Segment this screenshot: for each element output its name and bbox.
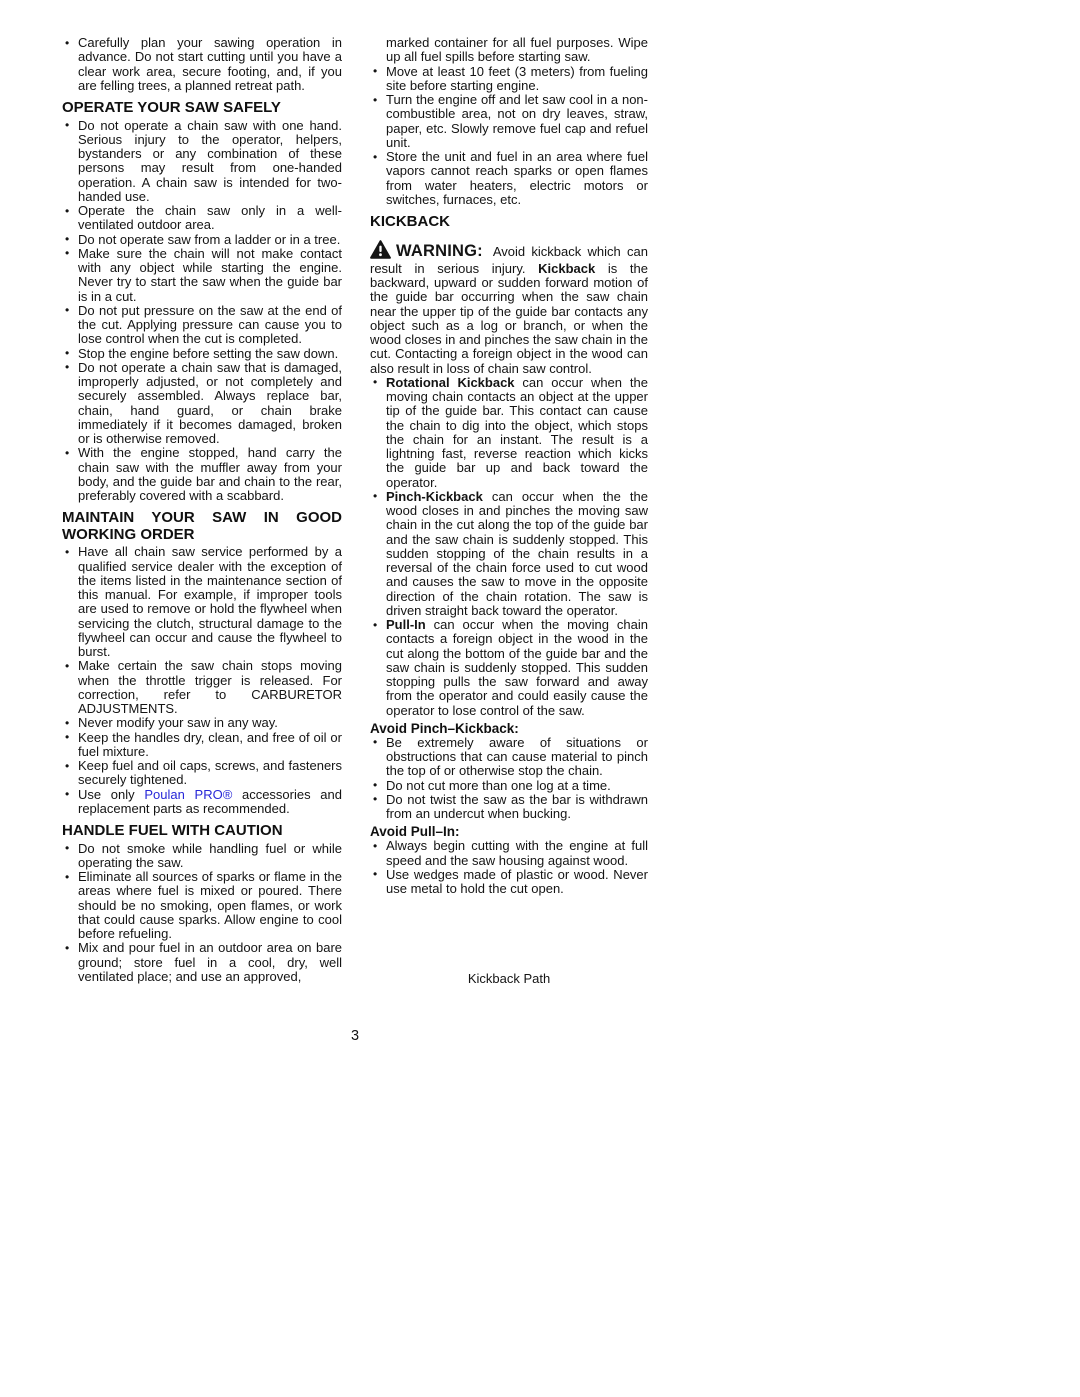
bullet-text: With the engine stopped, hand carry the …	[78, 445, 342, 503]
bullet-text: Use only Poulan PRO® accessories and rep…	[78, 787, 342, 816]
bullet-marker: •	[65, 759, 69, 773]
left-column: •Carefully plan your sawing operation in…	[62, 36, 342, 987]
bullet-text: Do not operate saw from a ladder or in a…	[78, 232, 340, 247]
bullet-text: Make certain the saw chain stops moving …	[78, 658, 342, 716]
text-segment: Have all chain saw service performed by …	[78, 544, 342, 659]
section-heading: KICKBACK	[370, 214, 648, 231]
text-segment: Carefully plan your sawing operation in …	[78, 35, 342, 93]
page-number: 3	[62, 1028, 648, 1044]
bullet-text: Pinch-Kickback can occur when the the wo…	[386, 489, 648, 618]
sub-heading: Avoid Pinch–Kickback:	[370, 721, 648, 736]
bullet-marker: •	[65, 246, 69, 260]
text-segment: Operate the chain saw only in a well-ven…	[78, 203, 342, 232]
bullet-marker: •	[65, 346, 69, 360]
bullet-item: •Carefully plan your sawing operation in…	[62, 36, 342, 93]
bullet-marker: •	[373, 489, 377, 503]
bullet-item: •Rotational Kickback can occur when the …	[370, 376, 648, 490]
text-segment: Stop the engine before setting the saw d…	[78, 346, 338, 361]
bullet-text: Do not twist the saw as the bar is withd…	[386, 792, 648, 821]
bullet-marker: •	[373, 867, 377, 881]
text-segment: Always begin cutting with the engine at …	[386, 838, 648, 867]
bullet-text: Move at least 10 feet (3 meters) from fu…	[386, 64, 648, 93]
bullet-item: •Do not operate saw from a ladder or in …	[62, 233, 342, 247]
bullet-item: •Do not cut more than one log at a time.	[370, 779, 648, 793]
brand-text-poulan-pro: Poulan PRO®	[144, 787, 232, 802]
bullet-item: •Pull-In can occur when the moving chain…	[370, 618, 648, 718]
warning-triangle-icon	[370, 240, 391, 262]
bullet-text: Operate the chain saw only in a well-ven…	[78, 203, 342, 232]
text-segment: Keep fuel and oil caps, screws, and fast…	[78, 758, 342, 787]
bullet-item: •Mix and pour fuel in an outdoor area on…	[62, 941, 342, 984]
text-segment: can occur when the moving chain contacts…	[386, 617, 648, 718]
bullet-item: •Keep the handles dry, clean, and free o…	[62, 731, 342, 760]
text-segment: Use wedges made of plastic or wood. Neve…	[386, 867, 648, 896]
bullet-text: Do not smoke while handling fuel or whil…	[78, 841, 342, 870]
text-segment: Never modify your saw in any way.	[78, 715, 278, 730]
text-segment: is the backward, upward or sudden forwar…	[370, 261, 648, 376]
bullet-text: Never modify your saw in any way.	[78, 715, 278, 730]
bullet-marker: •	[65, 787, 69, 801]
section-heading: HANDLE FUEL WITH CAUTION	[62, 823, 342, 840]
sub-heading: Avoid Pull–In:	[370, 824, 648, 839]
text-segment: Do not put pressure on the saw at the en…	[78, 303, 342, 347]
bullet-item: •Operate the chain saw only in a well-ve…	[62, 204, 342, 233]
bullet-item: •Make sure the chain will not make conta…	[62, 247, 342, 304]
bullet-item: •Do not smoke while handling fuel or whi…	[62, 842, 342, 871]
text-segment: Mix and pour fuel in an outdoor area on …	[78, 940, 342, 984]
bullet-marker: •	[373, 93, 377, 107]
bullet-marker: •	[65, 941, 69, 955]
bullet-text: Eliminate all sources of sparks or flame…	[78, 869, 342, 941]
bullet-marker: •	[65, 716, 69, 730]
bullet-text: Have all chain saw service performed by …	[78, 544, 342, 659]
bullet-marker: •	[65, 841, 69, 855]
text-segment: Keep the handles dry, clean, and free of…	[78, 730, 342, 759]
bullet-marker: •	[65, 118, 69, 132]
bullet-item: •Use only Poulan PRO® accessories and re…	[62, 788, 342, 817]
bullet-marker: •	[65, 659, 69, 673]
figure-caption: Kickback Path	[370, 972, 648, 986]
bullet-marker: •	[373, 150, 377, 164]
bullet-text: Keep fuel and oil caps, screws, and fast…	[78, 758, 342, 787]
bullet-marker: •	[373, 778, 377, 792]
bullet-text: Do not operate a chain saw that is damag…	[78, 360, 342, 446]
text-segment: Make sure the chain will not make contac…	[78, 246, 342, 304]
warning-label: WARNING:	[396, 242, 483, 260]
bullet-text: Keep the handles dry, clean, and free of…	[78, 730, 342, 759]
bullet-marker: •	[373, 735, 377, 749]
bullet-item: •Keep fuel and oil caps, screws, and fas…	[62, 759, 342, 788]
bullet-text: Do not operate a chain saw with one hand…	[78, 118, 342, 204]
bullet-item: •Do not put pressure on the saw at the e…	[62, 304, 342, 347]
bullet-item: •Do not twist the saw as the bar is with…	[370, 793, 648, 822]
bullet-item: •Stop the engine before setting the saw …	[62, 347, 342, 361]
text-segment: marked container for all fuel purposes. …	[386, 35, 648, 64]
bullet-item: •Turn the engine off and let saw cool in…	[370, 93, 648, 150]
bullet-item: •Store the unit and fuel in an area wher…	[370, 150, 648, 207]
bullet-item: •Move at least 10 feet (3 meters) from f…	[370, 65, 648, 94]
bullet-item: •Do not operate a chain saw with one han…	[62, 119, 342, 205]
text-segment: Kickback	[538, 261, 595, 276]
text-segment: Make certain the saw chain stops moving …	[78, 658, 342, 716]
text-segment: Be extremely aware of situations or obst…	[386, 735, 648, 779]
text-segment: Move at least 10 feet (3 meters) from fu…	[386, 64, 648, 93]
text-segment: can occur when the the wood closes in an…	[386, 489, 648, 618]
page-columns: •Carefully plan your sawing operation in…	[62, 36, 648, 987]
bullet-item: •Pinch-Kickback can occur when the the w…	[370, 490, 648, 618]
bullet-marker: •	[65, 232, 69, 246]
bullet-marker: •	[373, 375, 377, 389]
right-column: marked container for all fuel purposes. …	[370, 36, 648, 987]
bullet-item: •Do not operate a chain saw that is dama…	[62, 361, 342, 447]
text-segment: Use only	[78, 787, 144, 802]
bullet-text: marked container for all fuel purposes. …	[386, 35, 648, 64]
bullet-marker: •	[65, 730, 69, 744]
bullet-text: Carefully plan your sawing operation in …	[78, 35, 342, 93]
text-segment: can occur when the moving chain contacts…	[386, 375, 648, 490]
text-segment: Do not cut more than one log at a time.	[386, 778, 611, 793]
bullet-text: Stop the engine before setting the saw d…	[78, 346, 338, 361]
text-segment: Pull-In	[386, 617, 426, 632]
bullet-text: Always begin cutting with the engine at …	[386, 838, 648, 867]
bullet-marker: •	[65, 303, 69, 317]
text-segment: Do not operate a chain saw that is damag…	[78, 360, 342, 446]
bullet-marker: •	[373, 64, 377, 78]
bullet-text: Do not cut more than one log at a time.	[386, 778, 611, 793]
section-heading: OPERATE YOUR SAW SAFELY	[62, 100, 342, 117]
bullet-marker: •	[373, 792, 377, 806]
text-segment: Turn the engine off and let saw cool in …	[386, 92, 648, 150]
bullet-marker: •	[373, 839, 377, 853]
text-segment: Eliminate all sources of sparks or flame…	[78, 869, 342, 941]
bullet-text: Make sure the chain will not make contac…	[78, 246, 342, 304]
text-segment: Store the unit and fuel in an area where…	[386, 149, 648, 207]
bullet-text: Pull-In can occur when the moving chain …	[386, 617, 648, 718]
text-segment: With the engine stopped, hand carry the …	[78, 445, 342, 503]
warning-block: WARNING:Avoid kickback which can result …	[370, 240, 648, 376]
bullet-text: Mix and pour fuel in an outdoor area on …	[78, 940, 342, 984]
bullet-item: •Never modify your saw in any way.	[62, 716, 342, 730]
bullet-marker: •	[65, 870, 69, 884]
text-segment: Rotational Kickback	[386, 375, 515, 390]
bullet-item: •Make certain the saw chain stops moving…	[62, 659, 342, 716]
bullet-marker: •	[65, 204, 69, 218]
bullet-item: •Have all chain saw service performed by…	[62, 545, 342, 659]
bullet-text: Do not put pressure on the saw at the en…	[78, 303, 342, 347]
bullet-item: •Eliminate all sources of sparks or flam…	[62, 870, 342, 941]
text-segment: Pinch-Kickback	[386, 489, 483, 504]
bullet-item: •Be extremely aware of situations or obs…	[370, 736, 648, 779]
bullet-item: •Use wedges made of plastic or wood. Nev…	[370, 868, 648, 897]
bullet-text: Be extremely aware of situations or obst…	[386, 735, 648, 779]
continued-paragraph: marked container for all fuel purposes. …	[370, 36, 648, 65]
text-segment: Do not operate saw from a ladder or in a…	[78, 232, 340, 247]
bullet-text: Turn the engine off and let saw cool in …	[386, 92, 648, 150]
bullet-text: Use wedges made of plastic or wood. Neve…	[386, 867, 648, 896]
text-segment: Do not operate a chain saw with one hand…	[78, 118, 342, 204]
text-segment: Do not smoke while handling fuel or whil…	[78, 841, 342, 870]
bullet-marker: •	[373, 618, 377, 632]
section-heading: MAINTAIN YOUR SAW IN GOOD WORKING ORDER	[62, 510, 342, 543]
bullet-marker: •	[65, 36, 69, 50]
bullet-marker: •	[65, 360, 69, 374]
text-segment: Do not twist the saw as the bar is withd…	[386, 792, 648, 821]
bullet-marker: •	[65, 446, 69, 460]
bullet-item: •Always begin cutting with the engine at…	[370, 839, 648, 868]
bullet-marker: •	[65, 545, 69, 559]
bullet-item: •With the engine stopped, hand carry the…	[62, 446, 342, 503]
bullet-text: Rotational Kickback can occur when the m…	[386, 375, 648, 490]
bullet-text: Store the unit and fuel in an area where…	[386, 149, 648, 207]
